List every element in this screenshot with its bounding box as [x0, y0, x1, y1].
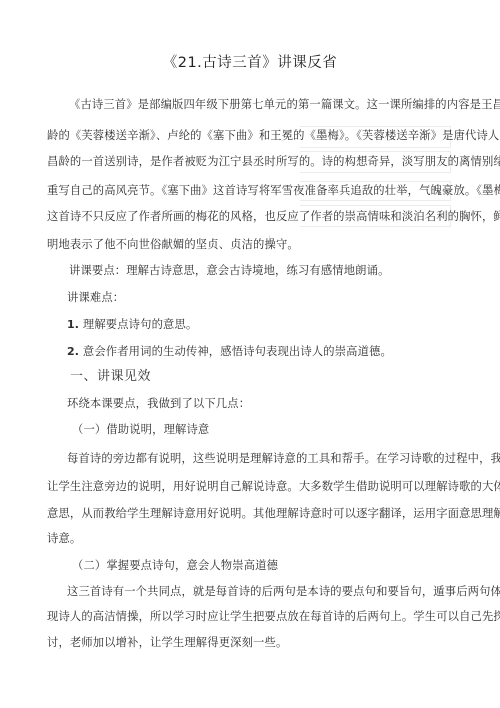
section-intro: 环绕本课要点，我做到了以下几点： [67, 397, 250, 411]
document-title: 《21.古诗三首》讲课反省 [0, 51, 500, 72]
document-page: 《21.古诗三首》讲课反省 《古诗三首》是部编版四年级下册第七单元的第一篇课文。… [0, 0, 500, 708]
list-text: 理解要点诗句的意思。 [83, 318, 197, 331]
paragraph-line: 昌龄的一首送别诗，是作者被贬为江宁县丞时所写的。诗的构想奇异，淡写朋友的离情别绪… [47, 155, 500, 169]
section-heading: 一、讲课见效 [70, 370, 151, 384]
paragraph-line: 让学生注意旁边的说明，用好说明自己解说诗意。大多数学生借助说明可以理解诗歌的大体 [47, 480, 500, 494]
paragraph-line: 《古诗三首》是部编版四年级下册第七单元的第一篇课文。这一课所编排的内容是王昌 [69, 98, 500, 112]
list-number: 2. [67, 345, 79, 358]
list-number: 1. [67, 318, 79, 331]
subsection-heading: （一）借助说明，理解诗意 [72, 423, 209, 437]
paragraph-line: 龄的《芙蓉楼送辛渐》、卢纶的《塞下曲》和王冕的《墨梅》。《芙蓉楼送辛渐》是唐代诗… [47, 129, 500, 143]
difficulties-label: 讲课难点： [67, 291, 124, 305]
paragraph-line: 意思，从而教给学生理解诗意用好说明。其他理解诗意时可以逐字翻译，运用字面意思理解 [47, 507, 500, 521]
paragraph-line: 明地表示了他不向世俗献媚的坚贞、贞洁的操守。 [47, 238, 299, 252]
paragraph-line: 诗意。 [47, 532, 81, 546]
difficulty-item-1: 1. 理解要点诗句的意思。 [67, 318, 197, 332]
paragraph-line: 讨，老师加以增补，让学生理解得更深刻一些。 [47, 636, 287, 650]
subsection-heading: （二）掌握要点诗句，意会人物崇高道德 [72, 559, 278, 573]
paragraph-line: 每首诗的旁边都有说明，这些说明是理解诗意的工具和帮手。在学习诗歌的过程中，我 [67, 452, 500, 466]
key-points: 讲课要点：理解古诗意思，意会古诗境地，练习有感情地朗诵。 [69, 264, 390, 278]
paragraph-line: 这三首诗有一个共同点，就是每首诗的后两句是本诗的要点句和要旨句，遁事后两句体 [67, 585, 500, 599]
paragraph-line: 重写自己的高风亮节。《塞下曲》这首诗写将军雪夜准备率兵追敌的壮举，气魄豪放。《墨… [47, 184, 500, 198]
list-text: 意会作者用词的生动传神，感悟诗句表现出诗人的崇高道德。 [83, 345, 392, 358]
difficulty-item-2: 2. 意会作者用词的生动传神，感悟诗句表现出诗人的崇高道德。 [67, 345, 392, 359]
paragraph-line: 这首诗不只反应了作者所画的梅花的风格，也反应了作者的崇高情味和淡泊名利的胸怀，鲜 [47, 210, 500, 224]
paragraph-line: 现诗人的高洁情操，所以学习时应让学生把要点放在每首诗的后两句上。学生可以自己先探 [47, 610, 500, 624]
